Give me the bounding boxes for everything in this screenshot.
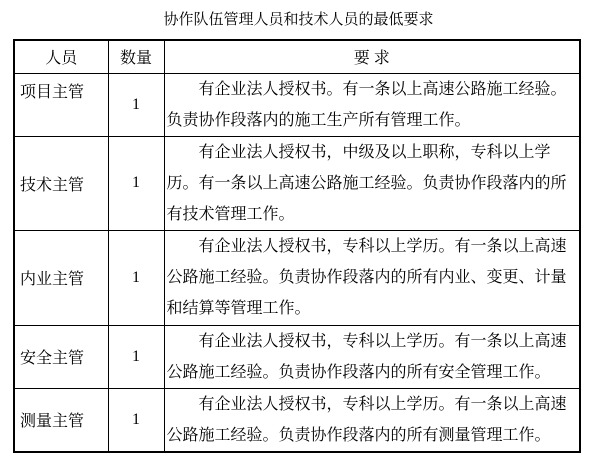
role-cell: 内业主管	[14, 230, 108, 325]
table-header-row: 人员 数量 要 求	[14, 40, 580, 73]
requirement-cell: 有企业法人授权书，专科以上学历。有一条以上高速公路施工经验。负责协作段落内的所有…	[164, 325, 580, 388]
role-cell: 安全主管	[14, 325, 108, 388]
role-cell: 技术主管	[14, 136, 108, 230]
count-cell: 1	[108, 388, 164, 452]
table-row: 项目主管 1 有企业法人授权书。有一条以上高速公路施工经验。负责协作段落内的施工…	[14, 73, 580, 136]
count-cell: 1	[108, 325, 164, 388]
role-cell: 项目主管	[14, 73, 108, 136]
requirement-cell: 有企业法人授权书，专科以上学历。有一条以上高速公路施工经验。负责协作段落内的所有…	[164, 388, 580, 452]
count-cell: 1	[108, 136, 164, 230]
requirement-cell: 有企业法人授权书，中级及以上职称，专科以上学历。有一条以上高速公路施工经验。负责…	[164, 136, 580, 230]
header-cell-count: 数量	[108, 40, 164, 73]
table-row: 测量主管 1 有企业法人授权书，专科以上学历。有一条以上高速公路施工经验。负责协…	[14, 388, 580, 452]
requirement-cell: 有企业法人授权书，专科以上学历。有一条以上高速公路施工经验。负责协作段落内的所有…	[164, 230, 580, 325]
header-cell-role: 人员	[14, 40, 108, 73]
page-title: 协作队伍管理人员和技术人员的最低要求	[0, 10, 597, 30]
table-row: 安全主管 1 有企业法人授权书，专科以上学历。有一条以上高速公路施工经验。负责协…	[14, 325, 580, 388]
requirements-table: 人员 数量 要 求 项目主管 1 有企业法人授权书。有一条以上高速公路施工经验。…	[13, 39, 581, 453]
role-cell: 测量主管	[14, 388, 108, 452]
requirement-cell: 有企业法人授权书。有一条以上高速公路施工经验。负责协作段落内的施工生产所有管理工…	[164, 73, 580, 136]
count-cell: 1	[108, 230, 164, 325]
table-row: 技术主管 1 有企业法人授权书，中级及以上职称，专科以上学历。有一条以上高速公路…	[14, 136, 580, 230]
count-cell: 1	[108, 73, 164, 136]
header-cell-requirement: 要 求	[164, 40, 580, 73]
table-row: 内业主管 1 有企业法人授权书，专科以上学历。有一条以上高速公路施工经验。负责协…	[14, 230, 580, 325]
